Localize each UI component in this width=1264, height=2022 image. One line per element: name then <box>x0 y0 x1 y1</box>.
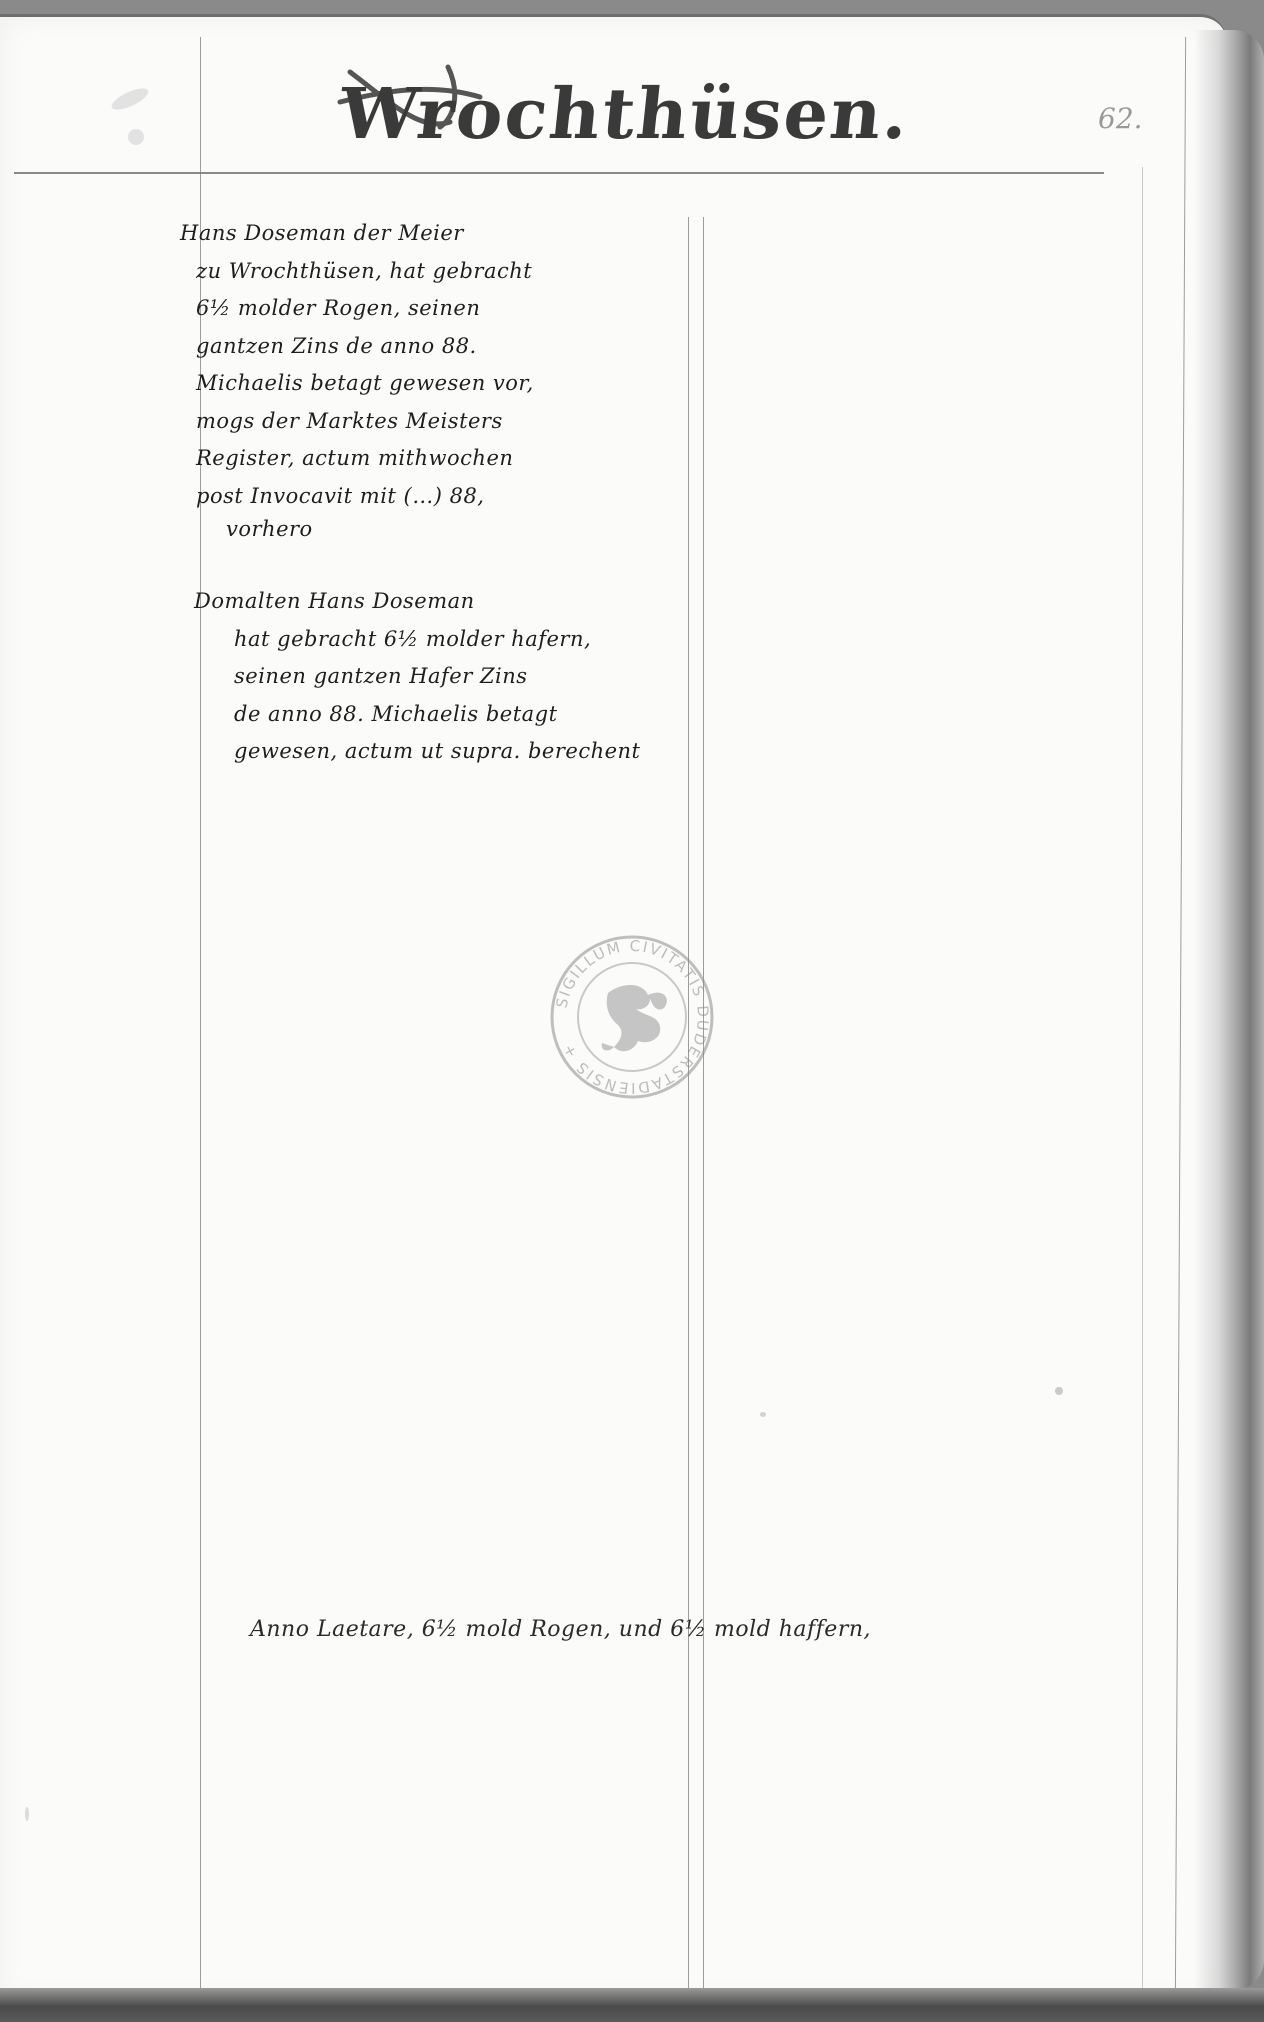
right-margin-rule <box>1175 37 1186 1997</box>
paper-speck <box>25 1807 29 1821</box>
entry-line: vorhero <box>160 515 534 543</box>
pencil-mark <box>128 129 144 145</box>
entry-line: Domalten Hans Doseman <box>168 583 641 621</box>
entry-line: Register, actum mithwochen <box>160 440 534 478</box>
entry-line: de anno 88. Michaelis betagt <box>168 696 641 734</box>
center-rule-left <box>688 217 689 1997</box>
paper-speck <box>760 1412 766 1417</box>
paper-speck <box>1055 1387 1063 1395</box>
ledger-entry: Hans Doseman der Meier zu Wrochthüsen, h… <box>160 215 534 543</box>
entry-line: hat gebracht 6½ molder hafern, <box>168 621 641 659</box>
pencil-mark <box>109 84 151 114</box>
entry-line: post Invocavit mit (…) 88, <box>160 478 534 516</box>
entry-line: gewesen, actum ut supra. berechent <box>168 733 641 771</box>
entry-line: seinen gantzen Hafer Zins <box>168 658 641 696</box>
page-block-edge <box>1194 30 1264 1990</box>
footer-entry: Anno Laetare, 6½ mold Rogen, und 6½ mold… <box>250 1617 871 1642</box>
entry-line: mogs der Marktes Meisters <box>160 403 534 441</box>
lion-rampant-icon <box>602 985 667 1051</box>
header-rule <box>14 172 1104 174</box>
page-heading: Wrochthüsen. <box>336 72 915 155</box>
entry-line: zu Wrochthüsen, hat gebracht <box>160 253 534 291</box>
entry-line: gantzen Zins de anno 88. <box>160 328 534 366</box>
center-rule-right <box>703 217 704 1997</box>
entry-line: Hans Doseman der Meier <box>160 215 534 253</box>
manuscript-page: Wrochthüsen. 62. Hans Doseman der Meier … <box>0 14 1226 2002</box>
entry-line: 6½ molder Rogen, seinen <box>160 290 534 328</box>
entry-line: Michaelis betagt gewesen vor, <box>160 365 534 403</box>
city-seal-stamp: SIGILLUM CIVITATIS DUDERSTADIENSIS + <box>548 933 716 1101</box>
page-number: 62. <box>1098 102 1143 135</box>
ledger-entry: Domalten Hans Doseman hat gebracht 6½ mo… <box>168 583 641 771</box>
right-column-rule <box>1142 167 1143 1997</box>
page-bottom-edge <box>0 1988 1264 2022</box>
